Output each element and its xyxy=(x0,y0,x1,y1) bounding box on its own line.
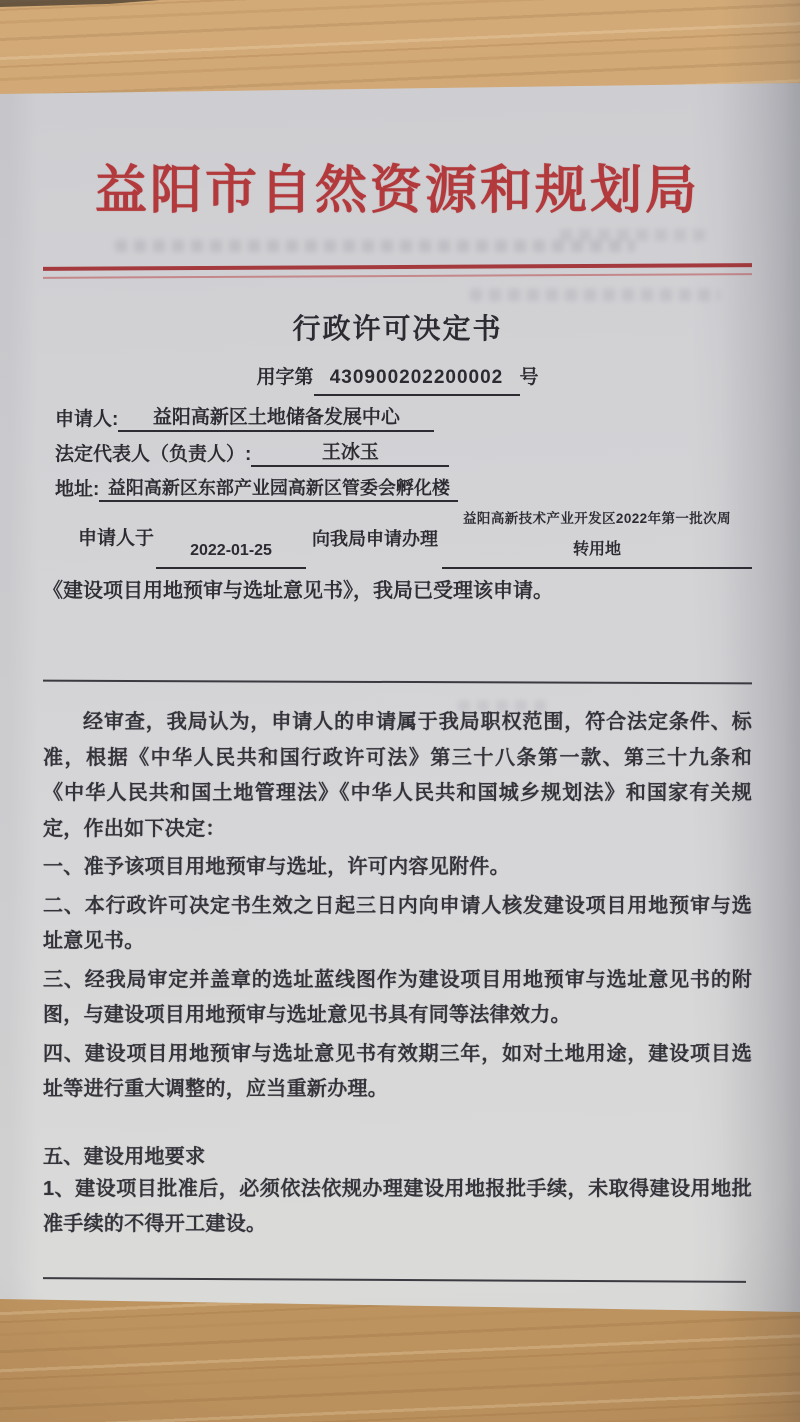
form-fields: 申请人: 益阳高新区土地储备发展中心 法定代表人（负责人）: 王冰玉 地址: 益… xyxy=(43,406,752,502)
document-number-line: 用字第430900202200002号 xyxy=(43,363,752,396)
decision-item-2: 二、本行政许可决定书生效之日起三日内向申请人核发建设项目用地预审与选址意见书。 xyxy=(43,889,752,960)
ink-bleed-smudge xyxy=(560,229,705,241)
document-content: 益阳市自然资源和规划局 行政许可决定书 用字第430900202200002号 … xyxy=(43,93,752,1281)
application-part1: 申请人于 xyxy=(78,527,154,569)
field-legal-representative-value: 王冰玉 xyxy=(251,441,449,467)
agency-header-title: 益阳市自然资源和规划局 xyxy=(43,153,752,229)
field-legal-representative: 法定代表人（负责人）: 王冰玉 xyxy=(55,441,752,467)
ink-bleed-smudge xyxy=(470,289,720,301)
document-number-value: 430900202200002 xyxy=(314,363,520,396)
decision-item-3: 三、经我局审定并盖章的选址蓝线图作为建设项目用地预审与选址意见书的附图，与建设项… xyxy=(43,963,752,1034)
project-name-line2: 转用地 xyxy=(442,541,752,567)
requirements-heading: 五、建设用地要求 xyxy=(43,1142,752,1172)
red-rule-thin xyxy=(43,273,752,279)
application-project-blank: 益阳高新技术产业开发区2022年第一批次周 转用地 xyxy=(442,511,752,569)
bottom-rule-line xyxy=(43,1277,746,1283)
field-address-label: 地址: xyxy=(55,478,99,502)
decision-item-1: 一、准予该项目用地预审与选址，许可内容见附件。 xyxy=(43,850,752,886)
application-sentence: 申请人于 2022-01-25 向我局申请办理 益阳高新技术产业开发区2022年… xyxy=(43,511,752,569)
field-applicant-value: 益阳高新区土地储备发展中心 xyxy=(118,406,434,432)
acceptance-sentence: 《建设项目用地预审与选址意见书》，我局已受理该申请。 xyxy=(43,577,752,605)
ink-bleed-smudge xyxy=(115,240,635,252)
application-date: 2022-01-25 xyxy=(156,542,306,569)
ink-bleed-smudge xyxy=(458,700,553,712)
requirement-item-1: 1、建设项目批准后，必须依法依规办理建设用地报批手续，未取得建设用地批准手续的不… xyxy=(43,1172,752,1243)
project-name-line1: 益阳高新技术产业开发区2022年第一批次周 xyxy=(442,511,752,526)
number-prefix: 用字第 xyxy=(256,367,313,388)
document-photo: 益阳市自然资源和规划局 行政许可决定书 用字第430900202200002号 … xyxy=(0,0,800,1422)
field-address: 地址: 益阳高新区东部产业园高新区管委会孵化楼 xyxy=(55,476,752,502)
field-legal-representative-label: 法定代表人（负责人）: xyxy=(55,443,251,467)
field-applicant: 申请人: 益阳高新区土地储备发展中心 xyxy=(55,406,752,432)
application-part2: 向我局申请办理 xyxy=(312,527,438,569)
field-applicant-label: 申请人: xyxy=(55,408,118,432)
field-address-value: 益阳高新区东部产业园高新区管委会孵化楼 xyxy=(99,476,458,502)
paper-sheet: 益阳市自然资源和规划局 行政许可决定书 用字第430900202200002号 … xyxy=(0,0,800,1422)
number-suffix: 号 xyxy=(520,367,539,388)
decision-item-4: 四、建设项目用地预审与选址意见书有效期三年，如对土地用途，建设项目选址等进行重大… xyxy=(43,1037,752,1108)
document-title: 行政许可决定书 xyxy=(43,313,752,347)
review-paragraph: 经审查，我局认为，申请人的申请属于我局职权范围，符合法定条件、标准，根据《中华人… xyxy=(43,705,752,847)
section-divider-line xyxy=(43,680,752,685)
red-rule-thick xyxy=(43,263,752,271)
